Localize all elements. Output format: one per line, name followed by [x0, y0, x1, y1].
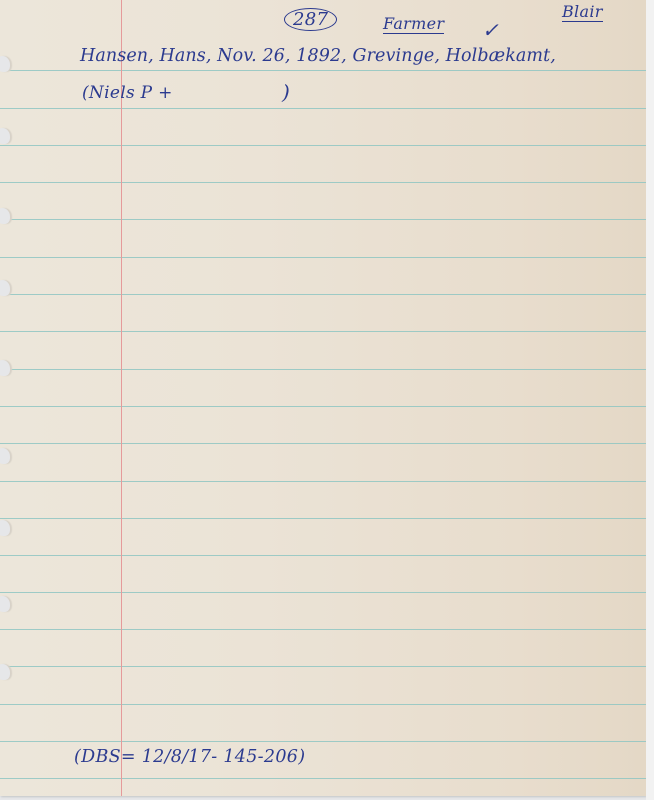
rule-line: [0, 518, 646, 519]
torn-binder-hole: [0, 596, 10, 612]
rule-line: [0, 481, 646, 482]
rule-line: [0, 666, 646, 667]
torn-binder-hole: [0, 280, 10, 296]
torn-binder-hole: [0, 208, 10, 224]
rule-line: [0, 257, 646, 258]
margin-line: [121, 0, 122, 796]
rule-line: [0, 294, 646, 295]
torn-binder-hole: [0, 360, 10, 376]
rule-line: [0, 108, 646, 109]
rule-line: [0, 741, 646, 742]
torn-binder-hole: [0, 448, 10, 464]
entry-line-2-close: ): [282, 80, 290, 104]
torn-binder-hole: [0, 56, 10, 72]
check-mark-icon: ✓: [482, 18, 499, 42]
rule-line: [0, 778, 646, 779]
record-number: 287: [284, 8, 337, 31]
rule-line: [0, 145, 646, 146]
rule-line: [0, 629, 646, 630]
entry-line-1: Hansen, Hans, Nov. 26, 1892, Grevinge, H…: [80, 46, 556, 66]
rule-line: [0, 443, 646, 444]
rule-line: [0, 369, 646, 370]
rule-line: [0, 70, 646, 71]
rule-line: [0, 555, 646, 556]
rule-line: [0, 592, 646, 593]
notebook-page: 287 Farmer ✓ Blair Hansen, Hans, Nov. 26…: [0, 0, 646, 796]
county: Blair: [562, 2, 603, 22]
entry-line-2-open: (Niels P +: [82, 83, 173, 103]
scan-edge: [646, 0, 654, 800]
torn-binder-hole: [0, 520, 10, 536]
rule-line: [0, 704, 646, 705]
rule-line: [0, 219, 646, 220]
footer-reference: (DBS= 12/8/17- 145-206): [74, 747, 305, 767]
torn-binder-hole: [0, 128, 10, 144]
rule-line: [0, 331, 646, 332]
occupation: Farmer: [383, 14, 444, 34]
rule-line: [0, 406, 646, 407]
rule-line: [0, 182, 646, 183]
